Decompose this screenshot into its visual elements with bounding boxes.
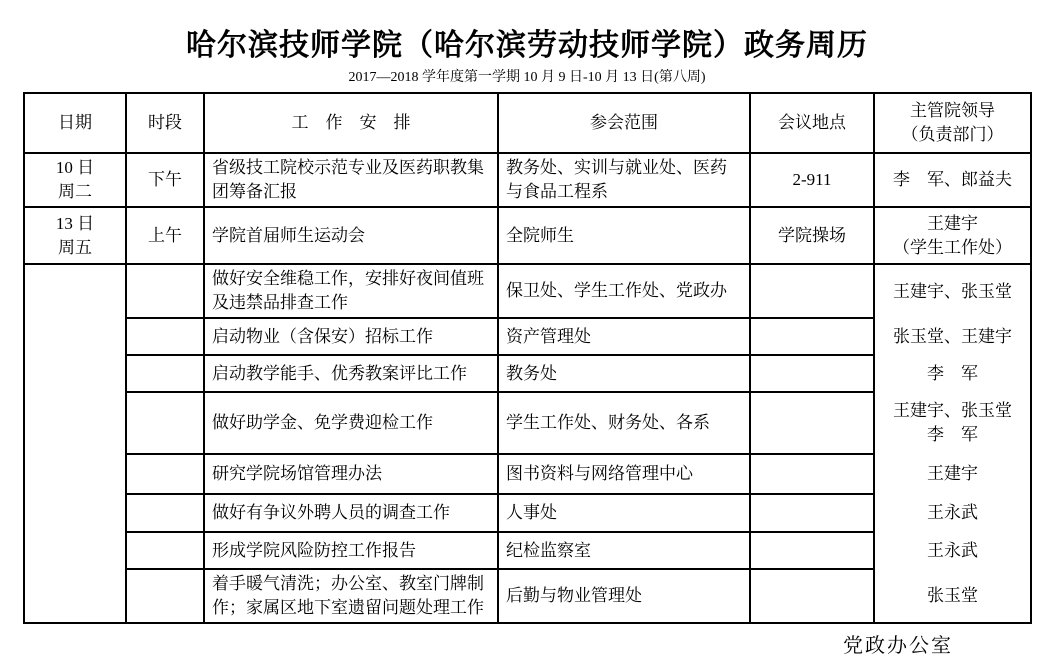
issuing-office: 党政办公室 [843, 629, 953, 658]
work-cell: 启动教学能手、优秀教案评比工作 [204, 355, 498, 392]
header-location: 会议地点 [750, 93, 874, 153]
location-cell: 2-911 [750, 153, 874, 207]
time-cell [126, 264, 204, 318]
table-row: 形成学院风险防控工作报告 纪检监察室 王永武 [24, 532, 1031, 569]
leader-cell: 王永武 [874, 494, 1031, 532]
leader-cell: 王建宇 [874, 454, 1031, 494]
time-cell [126, 454, 204, 494]
table-row: 13 日 周五 上午 学院首届师生运动会 全院师生 学院操场 王建宇 （学生工作… [24, 207, 1031, 264]
work-cell: 学院首届师生运动会 [204, 207, 498, 264]
date-cell: 10 日 周二 [24, 153, 126, 207]
table-row: 启动教学能手、优秀教案评比工作 教务处 李 军 [24, 355, 1031, 392]
table-row: 研究学院场馆管理办法 图书资料与网络管理中心 王建宇 [24, 454, 1031, 494]
date-cell: 13 日 周五 [24, 207, 126, 264]
header-row: 日期 时段 工 作 安 排 参会范围 会议地点 主管院领导 （负责部门） [24, 93, 1031, 153]
leader-cell: 李 军 [874, 355, 1031, 392]
scope-cell: 资产管理处 [498, 318, 750, 355]
time-cell [126, 494, 204, 532]
header-leader-line1: 主管院领导 [878, 99, 1027, 123]
scope-cell: 纪检监察室 [498, 532, 750, 569]
leader-cell: 王建宇、张玉堂 [874, 264, 1031, 318]
location-cell [750, 454, 874, 494]
work-cell: 着手暖气清洗；办公室、教室门牌制作；家属区地下室遗留问题处理工作 [204, 569, 498, 623]
header-time: 时段 [126, 93, 204, 153]
scope-cell: 全院师生 [498, 207, 750, 264]
header-leader: 主管院领导 （负责部门） [874, 93, 1031, 153]
date-cell-empty [24, 264, 126, 623]
leader-cell: 张玉堂、王建宇 [874, 318, 1031, 355]
time-cell [126, 355, 204, 392]
scope-cell: 保卫处、学生工作处、党政办 [498, 264, 750, 318]
location-cell [750, 532, 874, 569]
work-cell: 形成学院风险防控工作报告 [204, 532, 498, 569]
scope-cell: 教务处 [498, 355, 750, 392]
time-cell [126, 318, 204, 355]
location-cell [750, 392, 874, 454]
scope-cell: 图书资料与网络管理中心 [498, 454, 750, 494]
location-cell [750, 355, 874, 392]
header-scope: 参会范围 [498, 93, 750, 153]
time-cell: 上午 [126, 207, 204, 264]
location-cell [750, 264, 874, 318]
header-work: 工 作 安 排 [204, 93, 498, 153]
scope-cell: 人事处 [498, 494, 750, 532]
table-row: 做好助学金、免学费迎检工作 学生工作处、财务处、各系 王建宇、张玉堂 李 军 [24, 392, 1031, 454]
time-cell [126, 532, 204, 569]
header-date: 日期 [24, 93, 126, 153]
page-title: 哈尔滨技师学院（哈尔滨劳动技师学院）政务周历 [0, 20, 1054, 64]
location-cell: 学院操场 [750, 207, 874, 264]
work-cell: 省级技工院校示范专业及医药职教集团筹备汇报 [204, 153, 498, 207]
scope-cell: 学生工作处、财务处、各系 [498, 392, 750, 454]
leader-cell: 王永武 [874, 532, 1031, 569]
table-row: 做好有争议外聘人员的调查工作 人事处 王永武 [24, 494, 1031, 532]
work-cell: 做好有争议外聘人员的调查工作 [204, 494, 498, 532]
page-subtitle: 2017—2018 学年度第一学期 10 月 9 日-10 月 13 日(第八周… [0, 66, 1054, 86]
leader-cell: 张玉堂 [874, 569, 1031, 623]
work-cell: 做好助学金、免学费迎检工作 [204, 392, 498, 454]
table-row: 做好安全维稳工作，安排好夜间值班及违禁品排查工作 保卫处、学生工作处、党政办 王… [24, 264, 1031, 318]
time-cell: 下午 [126, 153, 204, 207]
work-cell: 启动物业（含保安）招标工作 [204, 318, 498, 355]
work-cell: 做好安全维稳工作，安排好夜间值班及违禁品排查工作 [204, 264, 498, 318]
location-cell [750, 318, 874, 355]
table-row: 启动物业（含保安）招标工作 资产管理处 张玉堂、王建宇 [24, 318, 1031, 355]
location-cell [750, 569, 874, 623]
leader-cell: 王建宇 （学生工作处） [874, 207, 1031, 264]
table-row: 着手暖气清洗；办公室、教室门牌制作；家属区地下室遗留问题处理工作 后勤与物业管理… [24, 569, 1031, 623]
scope-cell: 教务处、实训与就业处、医药与食品工程系 [498, 153, 750, 207]
table-row: 10 日 周二 下午 省级技工院校示范专业及医药职教集团筹备汇报 教务处、实训与… [24, 153, 1031, 207]
leader-cell: 王建宇、张玉堂 李 军 [874, 392, 1031, 454]
time-cell [126, 569, 204, 623]
time-cell [126, 392, 204, 454]
work-cell: 研究学院场馆管理办法 [204, 454, 498, 494]
header-leader-line2: （负责部门） [878, 123, 1027, 147]
location-cell [750, 494, 874, 532]
leader-cell: 李 军、郎益夫 [874, 153, 1031, 207]
weekly-schedule-table: 日期 时段 工 作 安 排 参会范围 会议地点 主管院领导 （负责部门） 10 … [23, 92, 1032, 624]
scope-cell: 后勤与物业管理处 [498, 569, 750, 623]
